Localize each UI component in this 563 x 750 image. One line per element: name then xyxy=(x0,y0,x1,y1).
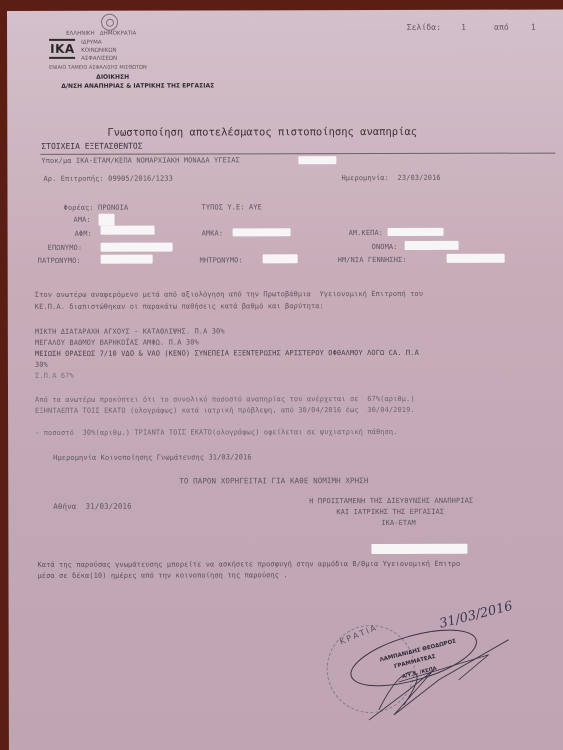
intro-line-1: Στον ανωτέρω αναφερόμενο μετά από αξιολό… xyxy=(35,290,423,299)
date-value: 23/03/2016 xyxy=(398,174,441,182)
page-label: Σελίδα: xyxy=(407,23,441,32)
greek-state-emblem-icon xyxy=(101,14,118,31)
header-department: Δ/ΝΣΗ ΑΝΑΠΗΡΙΑΣ & ΙΑΤΡΙΚΗΣ ΤΗΣ ΕΡΓΑΣΙΑΣ xyxy=(61,82,214,89)
redacted-afm xyxy=(101,226,155,235)
committee-number: Αρ. Επιτροπής: 09905/2016/1233 xyxy=(43,175,172,183)
amkepa-label: ΑΜ.ΚΕΠΑ: xyxy=(349,229,384,237)
foreas-field: Φορέας: ΠΡΟΝΟΙΑ xyxy=(64,204,129,212)
result-line-1: Από τα ανωτέρω προκύπτει ότι το συνολικό… xyxy=(35,395,415,404)
typos-label: ΤΥΠΟΣ Υ.Ε: xyxy=(202,203,245,211)
condition-3-cont: 30% xyxy=(35,361,48,369)
page-of-label: από xyxy=(494,23,509,32)
page-indicator: Σελίδα:1από1 xyxy=(387,14,536,41)
unit-line: Υποκ/μα ΙΚΑ-ΕΤΑΜ/ΚΕΠΑ ΝΟΜΑΡΧΙΑΚΗ ΜΟΝΑΔΑ … xyxy=(41,156,239,165)
patronymo-label: ΠΑΤΡΩΝΥΜΟ: xyxy=(38,257,81,265)
redacted-mitronymo xyxy=(263,254,298,263)
birthdate-label: ΗΜ/ΝΙΑ ΓΕΝΝΗΣΗΣ: xyxy=(338,256,407,264)
committee-value: 09905/2016/1233 xyxy=(108,175,173,183)
condition-3: ΜΕΙΩΣΗ ΟΡΑΣΕΩΣ 7/10 VΔΟ & VΑΟ (ΚΕΝΟ) ΣΥΝ… xyxy=(35,349,419,358)
notification-date: Ημερομηνία Κοινοποίησης Γνωμάτευσης 31/0… xyxy=(53,453,251,462)
result-line-2: ΕΞΗΝΤΑΕΠΤΑ ΤΟΙΣ ΕΚΑΤΟ (ολογράφως) κατά ι… xyxy=(35,406,415,415)
date-label: Ημερομηνία: xyxy=(341,174,388,182)
psych-note: - ποσοστό 30%(αριθμ.) ΤΡΙΑΝΤΑ ΤΟΙΣ ΕΚΑΤΟ… xyxy=(35,428,397,437)
eponymo-label: ΕΠΩΝΥΜΟ: xyxy=(48,244,83,252)
intro-line-2: ΚΕ.Π.Α. διαπιστώθηκαν οι παρακάτω παθήσε… xyxy=(35,302,324,311)
document-page: Σελίδα:1από1 ΕΛΛΗΝΙΚΗ ΔΗΜΟΚΡΑΤΙΑ ΙΚΑ ΙΔΡ… xyxy=(7,10,563,750)
redacted-signatory-name xyxy=(371,544,467,554)
section-title: ΣΤΟΙΧΕΙΑ ΕΞΕΤΑΣΘΕΝΤΟΣ xyxy=(41,142,142,151)
page-current: 1 xyxy=(461,23,466,32)
signatory-line-3: ΙΚΑ-ΕΤΑΜ xyxy=(381,519,416,527)
org-line-2: ΚΟΙΝΩΝΙΚΩΝ xyxy=(81,48,117,54)
condition-1: ΜΙΚΤΗ ΔΙΑΤΑΡΑΧΗ ΑΓΧΟΥΣ - ΚΑΤΑΘΛΙΨΗΣ. Π.Α… xyxy=(35,327,225,335)
appeal-line-2: μέσα σε δέκα(10) ημέρες από την κοινοποί… xyxy=(37,571,287,580)
typos-field: ΤΥΠΟΣ Υ.Ε: ΑΥΕ xyxy=(202,203,262,211)
ama-label: ΑΜΑ: xyxy=(74,216,91,224)
condition-2: ΜΕΓΑΛΟΥ ΒΑΘΜΟΥ ΒΑΡΗΚΟΪΑΣ ΑΜΦΩ. Π.Α 30% xyxy=(35,338,199,346)
redacted-patronymo xyxy=(101,255,153,264)
page-total: 1 xyxy=(531,23,536,32)
signatory-line-2: ΚΑΙ ΙΑΤΡΙΚΗΣ ΤΗΣ ΕΡΓΑΣΙΑΣ xyxy=(336,508,444,516)
afm-label: ΑΦΜ: xyxy=(75,230,92,238)
foreas-value: ΠΡΟΝΟΙΑ xyxy=(98,204,128,212)
place-date: Αθήνα 31/03/2016 xyxy=(53,502,131,511)
appeal-line-1: Κατά της παρούσας γνωμάτευσης μπορείτε ν… xyxy=(37,560,460,569)
header-subtitle: ΕΝΙΑΙΟ ΤΑΜΕΙΟ ΑΣΦΑΛΙΣΗΣ ΜΙΣΘΩΤΩΝ xyxy=(49,65,147,71)
logo-text: ΙΚΑ xyxy=(50,42,75,56)
redacted-ama xyxy=(99,214,115,226)
exam-date: Ημερομηνία: 23/03/2016 xyxy=(341,174,440,182)
ika-logo: ΙΚΑ xyxy=(49,39,75,59)
committee-label: Αρ. Επιτροπής: xyxy=(43,175,103,183)
amka-label: ΑΜΚΑ: xyxy=(202,229,224,237)
redacted-amka xyxy=(233,228,291,236)
legal-use-statement: ΤΟ ΠΑΡΟΝ ΧΟΡΗΓΕΙΤΑΙ ΓΙΑ ΚΑΘΕ ΝΟΜΙΜΗ ΧΡΗΣ… xyxy=(179,476,368,485)
document-title: Γνωστοποίηση αποτελέσματος πιστοποίησης … xyxy=(107,126,417,139)
header-division: ΔΙΟΙΚΗΣΗ xyxy=(96,74,129,81)
redacted-amkepa xyxy=(388,228,444,236)
handwritten-signature xyxy=(339,610,519,730)
org-line-3: ΑΣΦΑΛΙΣΕΩΝ xyxy=(81,56,117,62)
total-percentage: Σ.Π.Α 67% xyxy=(35,372,74,380)
org-line-1: ΙΔΡΥΜΑ xyxy=(81,40,102,46)
mitronymo-label: ΜΗΤΡΩΝΥΜΟ: xyxy=(200,256,243,264)
redacted-birthdate xyxy=(447,254,505,263)
redacted-eponymo xyxy=(101,243,173,252)
typos-value: ΑΥΕ xyxy=(249,203,262,211)
header-line1: ΕΛΛΗΝΙΚΗ ΔΗΜΟΚΡΑΤΙΑ xyxy=(66,31,136,37)
section-divider xyxy=(40,153,555,155)
redacted-unit xyxy=(298,156,336,164)
redacted-onoma xyxy=(405,241,459,250)
foreas-label: Φορέας: xyxy=(64,204,94,212)
signatory-line-1: Η ΠΡΟΙΣΤΑΜΕΝΗ ΤΗΣ ΔΙΕΥΘΥΝΣΗΣ ΑΝΑΠΗΡΙΑΣ xyxy=(309,497,473,505)
onoma-label: ΟΝΟΜΑ: xyxy=(372,243,398,251)
